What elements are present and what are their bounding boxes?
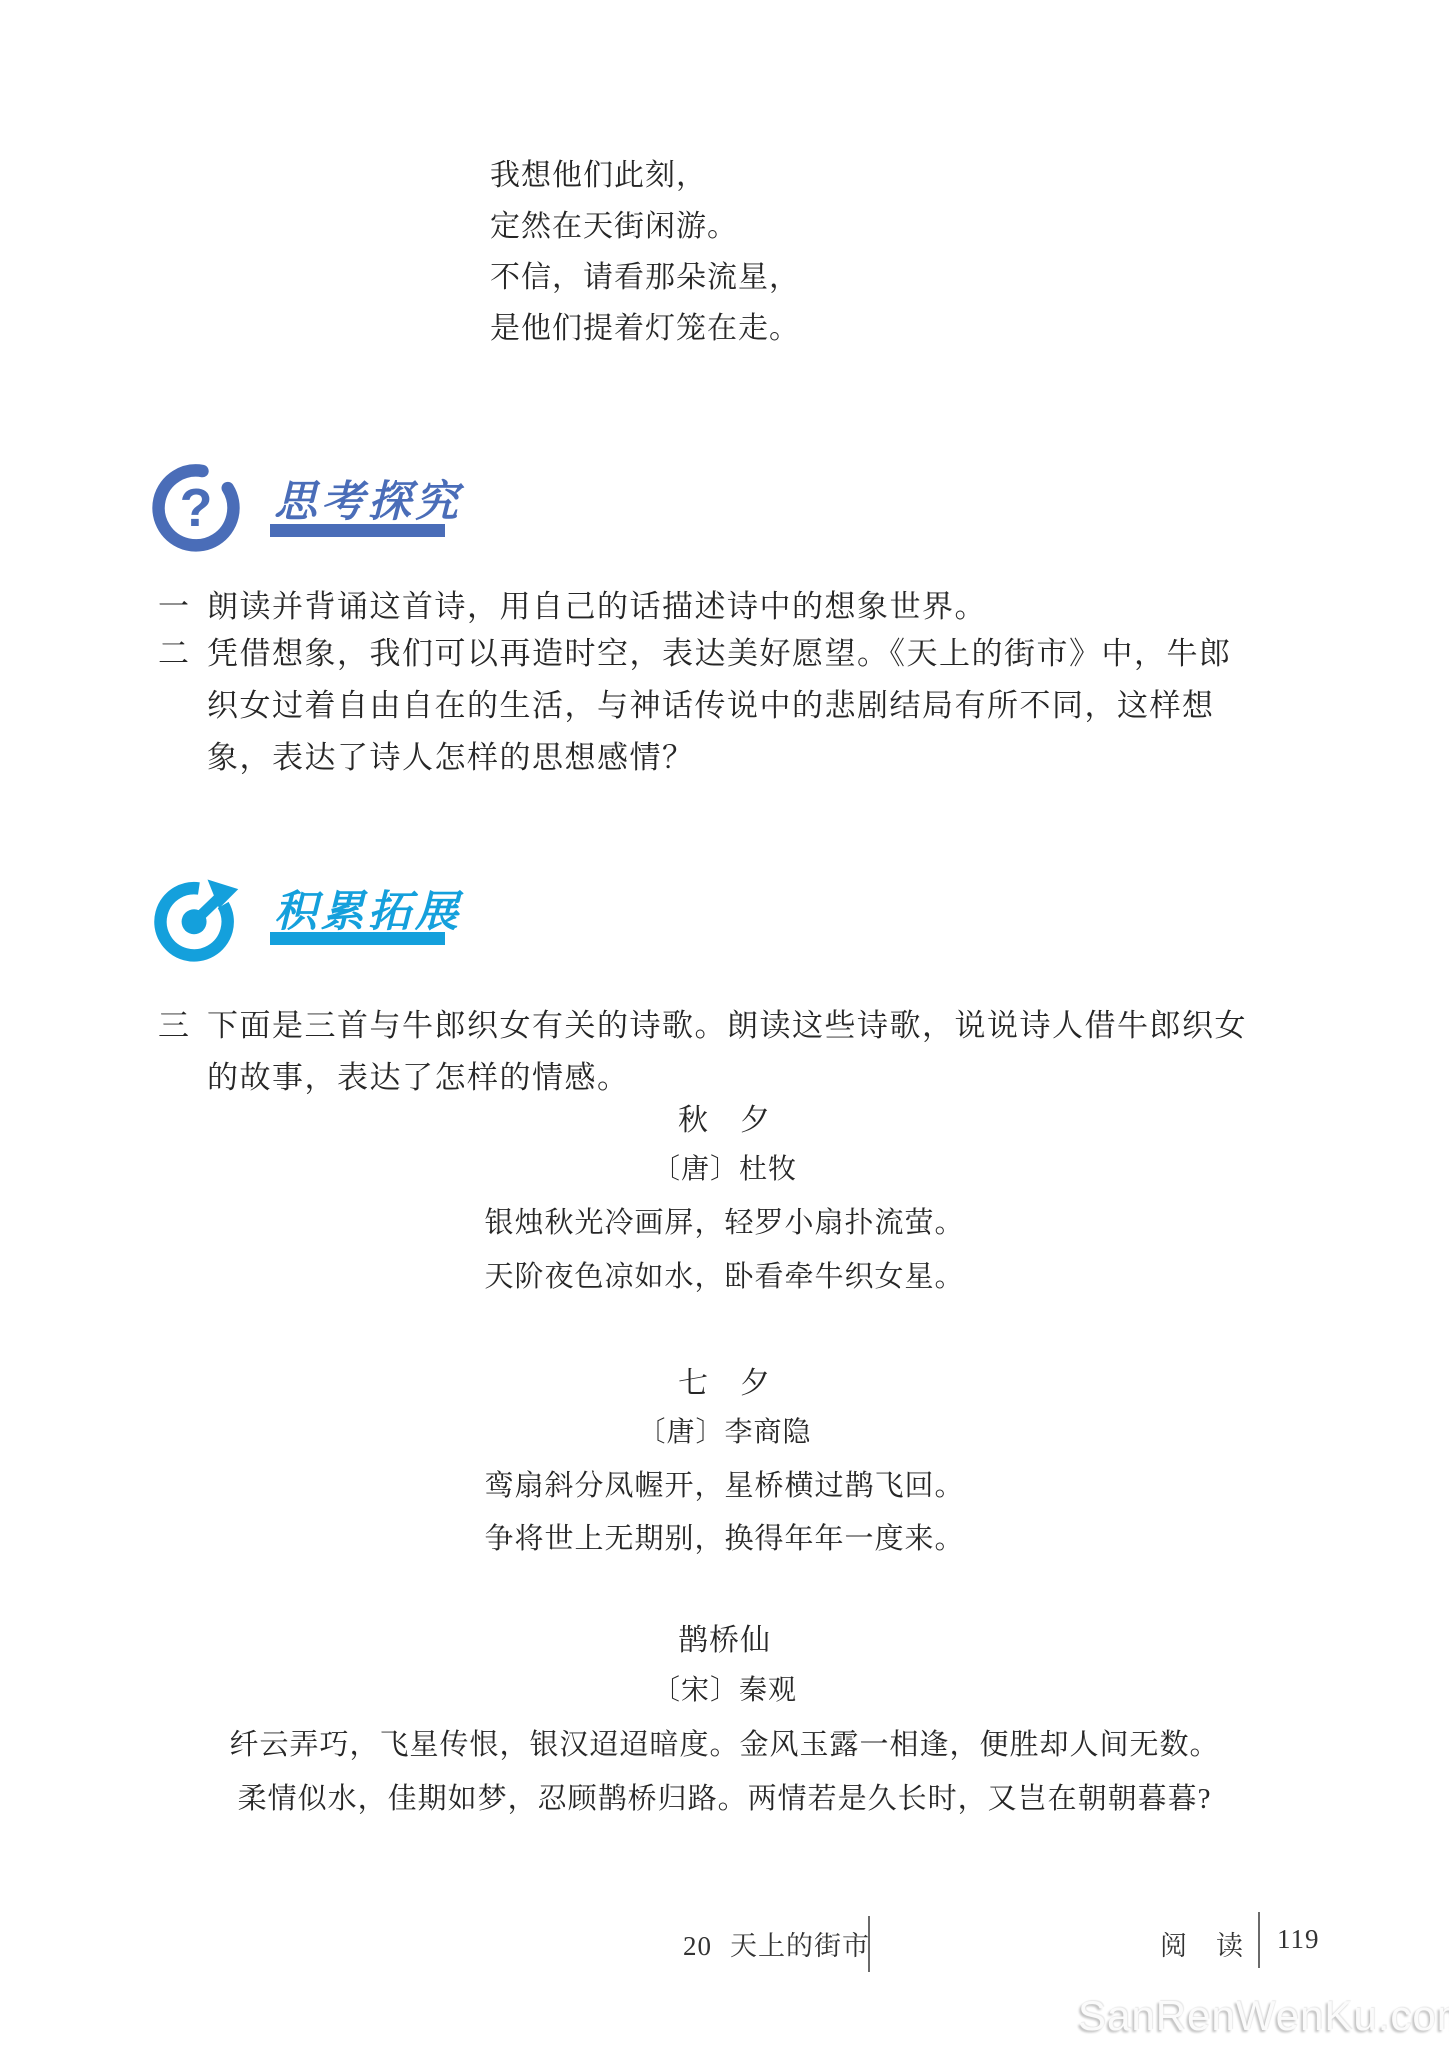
lesson-number: 20 (683, 1931, 712, 1961)
footer-divider (868, 1916, 870, 1972)
excerpt-line: 我想他们此刻， (490, 150, 800, 201)
poem-title: 秋 夕 (0, 1095, 1449, 1139)
poem-verse: 鸾扇斜分凤幄开，星桥横过鹊飞回。 (0, 1463, 1449, 1504)
footer-divider (1258, 1912, 1260, 1968)
item-number: 二 (158, 628, 189, 673)
lesson-title: 天上的街市 (730, 1931, 870, 1961)
circle-arrow-icon (148, 868, 244, 964)
think-explore-underline (270, 524, 445, 537)
watermark: SanRenWenKu.com (1078, 1992, 1449, 2040)
question-line: 朗读并背诵这首诗，用自己的话描述诗中的想象世界。 (207, 581, 987, 633)
excerpt-line: 定然在天街闲游。 (490, 201, 800, 252)
footer-section-label: 阅 读 (1160, 1924, 1244, 1963)
svg-text:?: ? (180, 478, 213, 538)
poem-author: 〔唐〕李商隐 (0, 1410, 1449, 1450)
poem-verse: 纤云弄巧，飞星传恨，银汉迢迢暗度。金风玉露一相逢，便胜却人间无数。 (0, 1722, 1449, 1763)
item-number: 一 (158, 581, 189, 626)
question-item: 朗读并背诵这首诗，用自己的话描述诗中的想象世界。 (207, 581, 987, 633)
poem-verse: 天阶夜色凉如水，卧看牵牛织女星。 (0, 1254, 1449, 1295)
poem-title: 七 夕 (0, 1358, 1449, 1402)
question-line: 象，表达了诗人怎样的思想感情？ (207, 732, 1232, 784)
poem-excerpt: 我想他们此刻， 定然在天街闲游。 不信，请看那朵流星， 是他们提着灯笼在走。 (490, 150, 800, 354)
question-item: 凭借想象，我们可以再造时空，表达美好愿望。《天上的街市》中，牛郎 织女过着自由自… (207, 628, 1232, 784)
poem-verse: 争将世上无期别，换得年年一度来。 (0, 1516, 1449, 1557)
page-number: 119 (1277, 1924, 1320, 1955)
question-line: 织女过着自由自在的生活，与神话传说中的悲剧结局有所不同，这样想 (207, 680, 1232, 732)
footer-lesson: 20天上的街市 (683, 1924, 870, 1963)
accumulate-expand-underline (270, 932, 445, 945)
question-item: 下面是三首与牛郎织女有关的诗歌。朗读这些诗歌，说说诗人借牛郎织女 的故事，表达了… (207, 1000, 1247, 1104)
excerpt-line: 是他们提着灯笼在走。 (490, 303, 800, 354)
item-number: 三 (158, 1000, 189, 1045)
poem-title: 鹊桥仙 (0, 1615, 1449, 1659)
accumulate-expand-title: 积累拓展 (274, 878, 462, 939)
excerpt-line: 不信，请看那朵流星， (490, 252, 800, 303)
question-circle-icon: ? (148, 458, 244, 554)
question-line: 凭借想象，我们可以再造时空，表达美好愿望。《天上的街市》中，牛郎 (207, 628, 1232, 680)
poem-verse: 柔情似水，佳期如梦，忍顾鹊桥归路。两情若是久长时，又岂在朝朝暮暮? (0, 1776, 1449, 1817)
poem-verse: 银烛秋光冷画屏，轻罗小扇扑流萤。 (0, 1200, 1449, 1241)
poem-author: 〔唐〕杜牧 (0, 1147, 1449, 1187)
question-line: 下面是三首与牛郎织女有关的诗歌。朗读这些诗歌，说说诗人借牛郎织女 (207, 1000, 1247, 1052)
think-explore-title: 思考探究 (274, 468, 462, 529)
poem-author: 〔宋〕秦观 (0, 1668, 1449, 1708)
